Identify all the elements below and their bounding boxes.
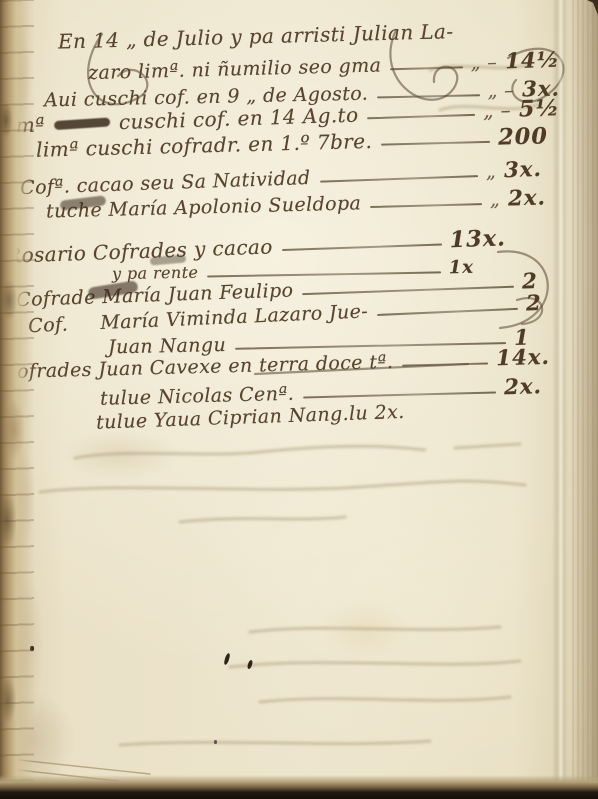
ink-leader-line bbox=[370, 203, 482, 208]
ink-blot bbox=[54, 117, 110, 130]
book-bottom-edge bbox=[0, 775, 598, 799]
amount-value: 2 bbox=[525, 291, 542, 317]
amount-value: 14x. bbox=[496, 345, 550, 371]
ditto-mark: „ – bbox=[483, 98, 512, 123]
amount-value: 2x. bbox=[508, 185, 547, 211]
ink-leader-line bbox=[390, 66, 462, 70]
amount-value: 3x. bbox=[504, 157, 543, 183]
ink-leader-line bbox=[282, 244, 442, 252]
amount-value: 13x. bbox=[449, 225, 506, 253]
ink-speck bbox=[214, 740, 217, 744]
entry-text: y pa rente bbox=[112, 263, 199, 284]
ink-leader-line bbox=[402, 362, 488, 366]
ink-leader-line bbox=[381, 141, 490, 146]
ink-leader-line bbox=[377, 307, 518, 315]
ink-leader-line bbox=[368, 114, 476, 119]
manuscript-scan: En 14 „ de Julio y pa arristi Julian La-… bbox=[0, 0, 598, 799]
ditto-mark: „ – bbox=[470, 51, 497, 74]
amount-value: 200 bbox=[498, 123, 548, 150]
page-crease bbox=[552, 0, 568, 799]
ink-leader-line bbox=[303, 391, 496, 398]
ink-leader-line bbox=[320, 175, 478, 183]
binding-gutter-edge bbox=[0, 0, 34, 799]
ditto-mark: „ bbox=[490, 189, 501, 211]
page-right-edge bbox=[572, 0, 598, 799]
ditto-mark: „ bbox=[485, 160, 496, 182]
